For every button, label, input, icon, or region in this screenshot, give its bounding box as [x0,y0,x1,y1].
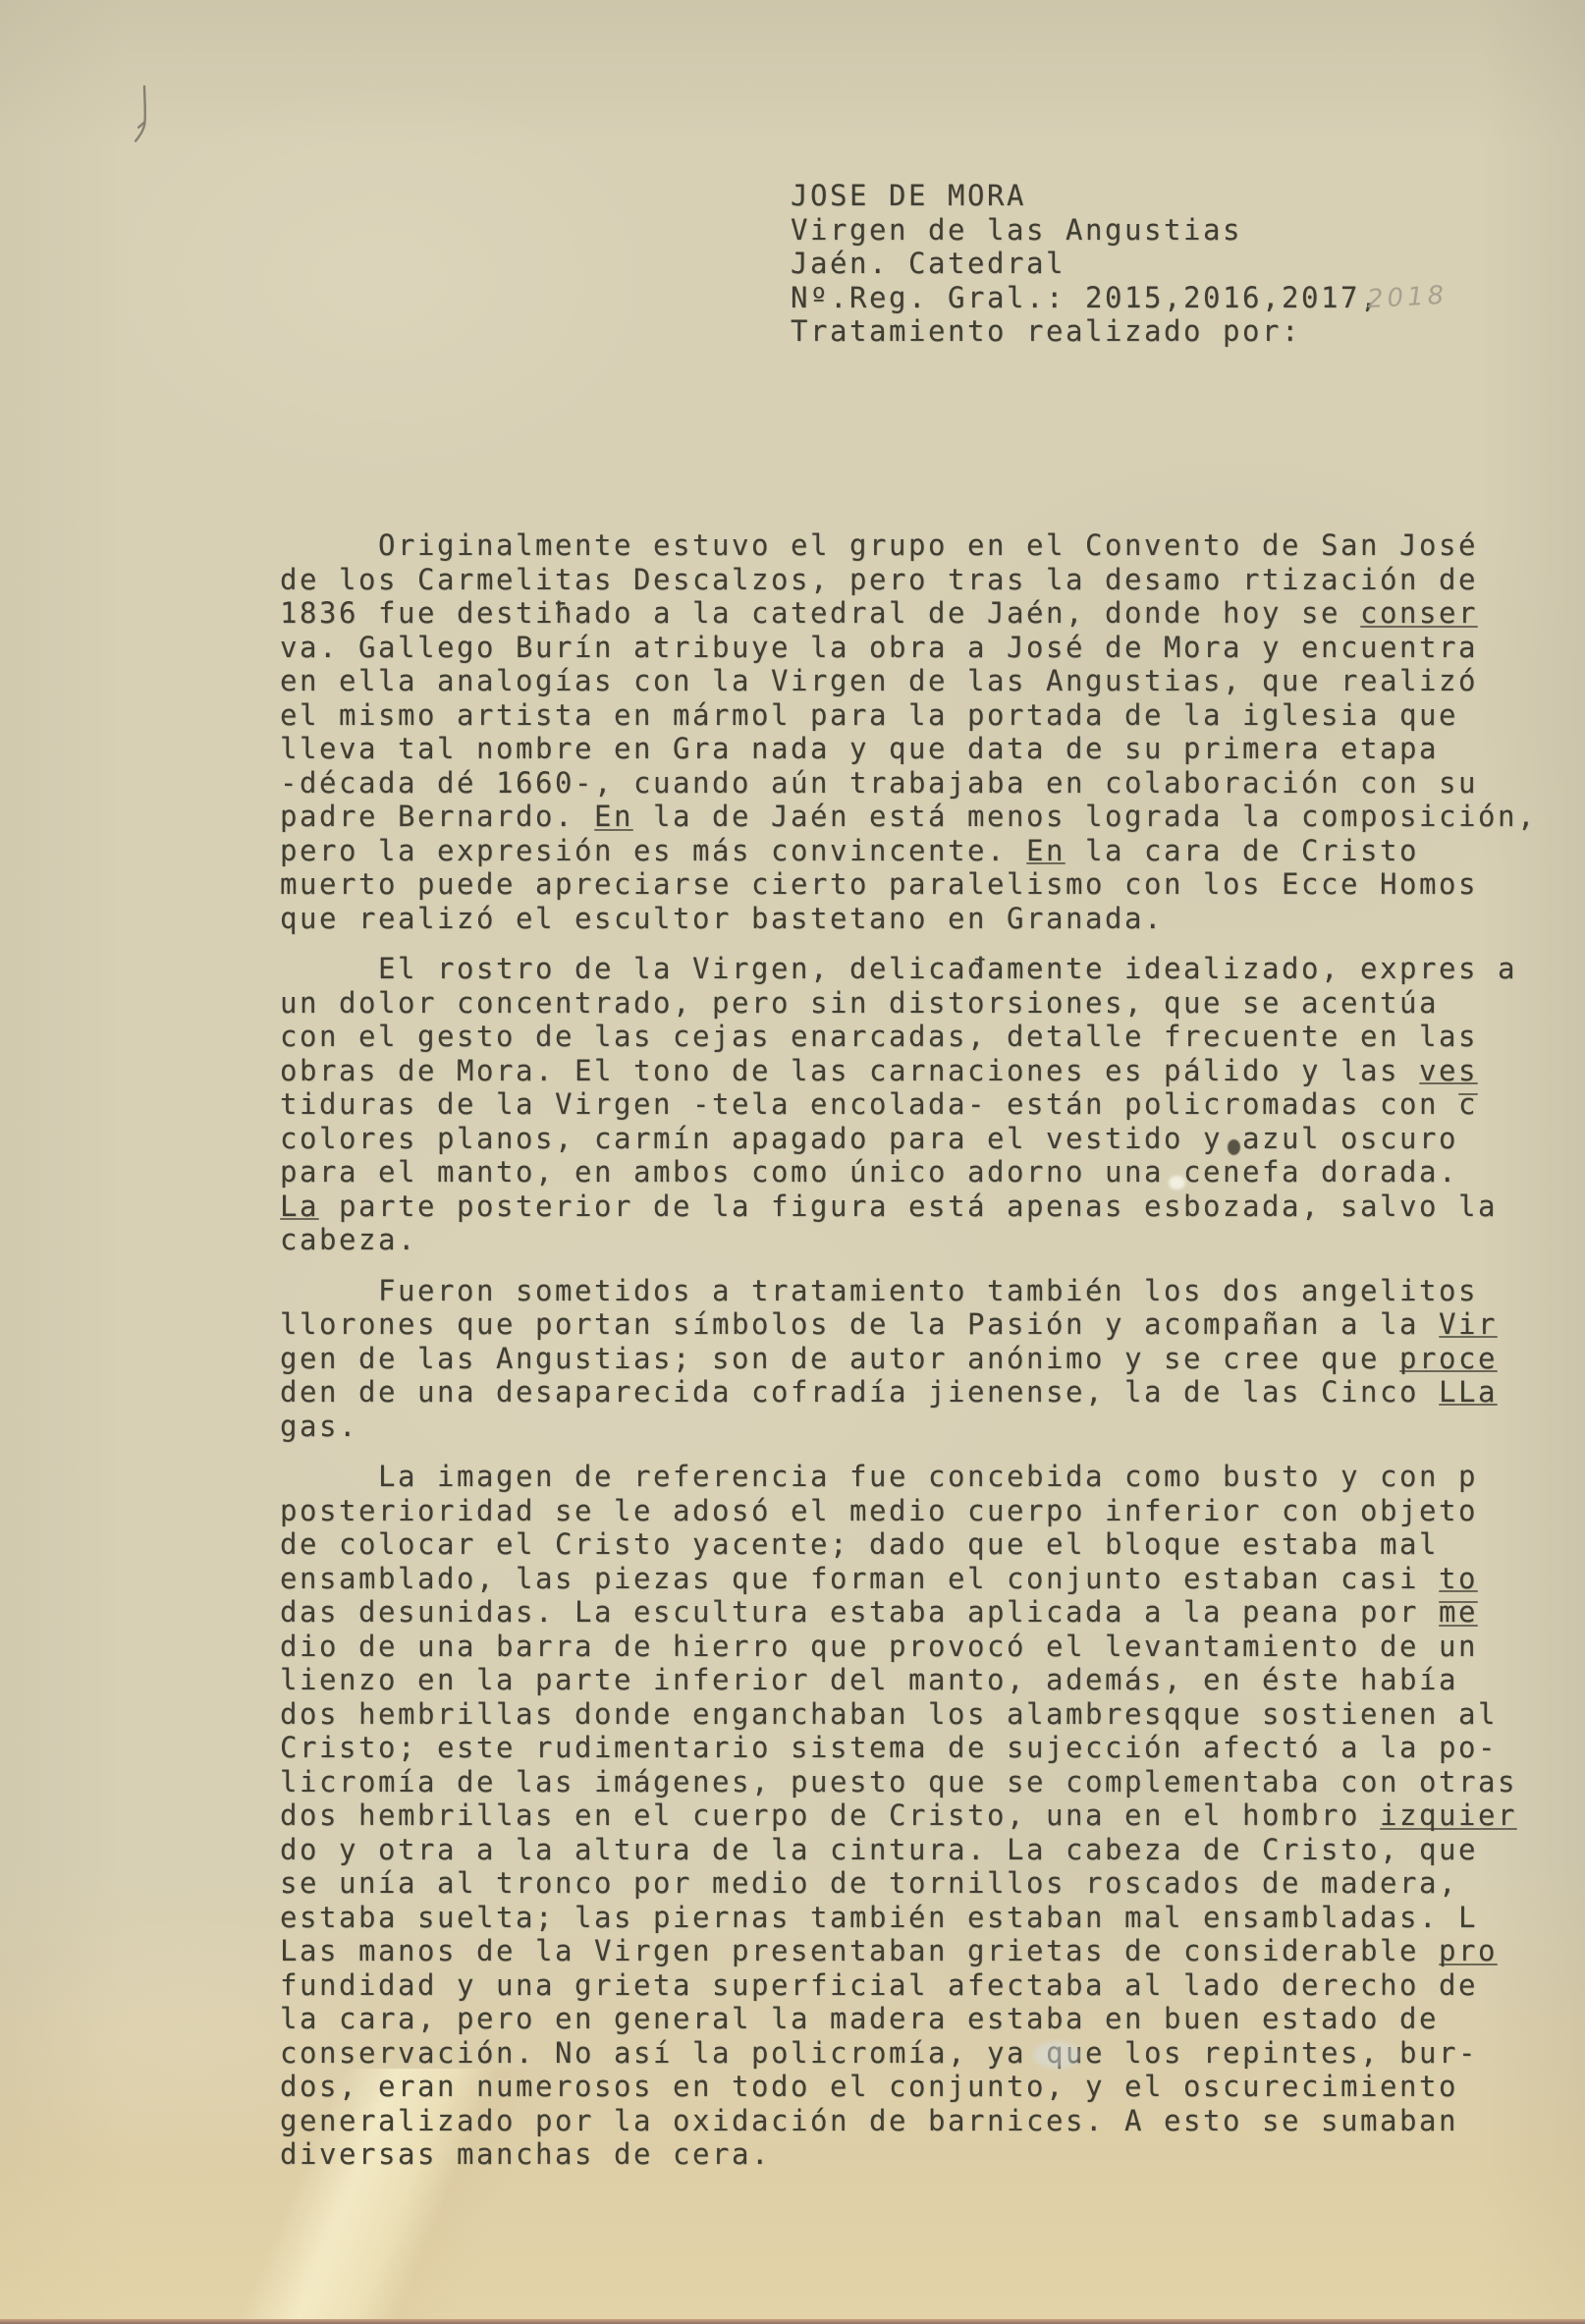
underline-vir [1439,1336,1498,1338]
paragraph-angelitos: Fueron sometidos a tratamiento también l… [280,1274,1537,1444]
typewritten-document-page: JOSE DE MORA Virgen de las Angustias Jaé… [0,0,1585,2324]
underline-en-2 [1026,862,1066,864]
underline-ves [1419,1082,1478,1084]
underline-la [280,1218,319,1220]
underline-en-1 [594,829,633,831]
registry-pencil-annotation: 2018 [1366,281,1448,314]
underline-conser [1360,626,1478,628]
document-body: Originalmente estuvo el grupo en el Conv… [280,528,1537,2172]
overbar-un [1439,1601,1478,1603]
underline-izquier [1380,1828,1517,1830]
underline-pro [1439,1964,1498,1965]
underline-proce [1399,1370,1498,1372]
paragraph-description: El rostro de la Virgen, delicađamente id… [280,952,1537,1257]
overbar-c [1458,1093,1478,1095]
document-header: JOSE DE MORA Virgen de las Angustias Jaé… [791,179,1380,349]
underline-lla [1439,1404,1498,1406]
paragraph-condition: La imagen de referencia fue concebida co… [280,1460,1537,2172]
pencil-stroke-mark [132,83,155,145]
underline-me [1439,1625,1478,1627]
underline-to [1439,1590,1478,1592]
paragraph-provenance: Originalmente estuvo el grupo en el Conv… [280,528,1537,935]
page-bottom-edge [0,2319,1585,2324]
